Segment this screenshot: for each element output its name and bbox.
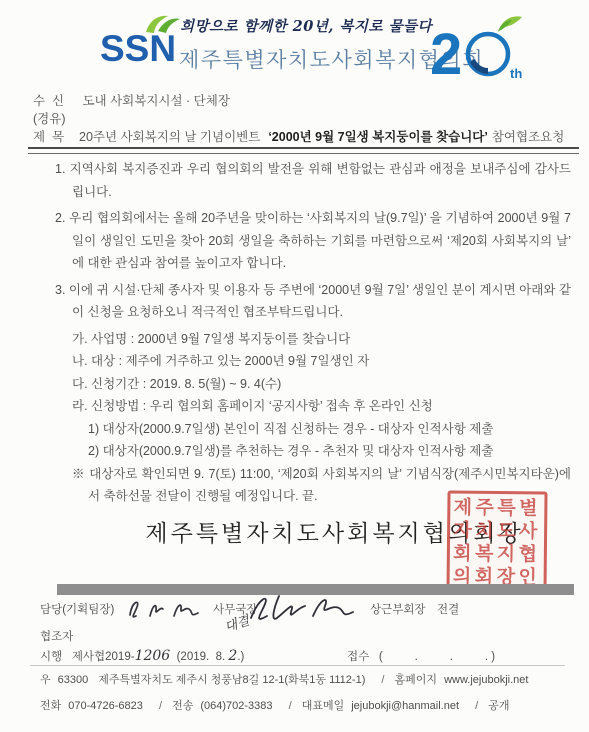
email-value: jejubokji@hanmail.net — [351, 700, 459, 712]
body-paragraph-2: 2. 우리 협의회에서는 올해 20주년을 맞이하는 ‘사회복지의 날(9.7일… — [55, 207, 571, 275]
body-subitem-da: 다. 신청기간 : 2019. 8. 5(월) ~ 9. 4(수) — [55, 373, 571, 396]
contact-row: 전화070-4726-6823 / 전송(064)702-3383 / 대표메일… — [40, 697, 516, 713]
separator-slash: / — [381, 674, 384, 686]
separator-slash: / — [475, 700, 478, 712]
homepage-label: 홈페이지 — [395, 674, 438, 686]
exec-label: 시행 — [40, 651, 62, 663]
seal-characters: 제주특별자치도사회복지협의회장인 — [451, 496, 544, 589]
subject-emphasis: ‘2000년 9월 7일생 복지둥이를 찾습니다’ — [268, 130, 488, 144]
anniversary-20th-logo: 2 th — [428, 12, 528, 90]
body-paragraph-1: 1. 지역사회 복지증진과 우리 협의회의 발전을 위해 변함없는 관심과 애정… — [55, 158, 571, 203]
phone-value: 070-4726-6823 — [68, 700, 143, 712]
execution-row: 시행 제사협2019-1206 (2019. 8. 2.) — [40, 648, 244, 664]
doc-date-suffix: .) — [237, 651, 244, 663]
manager-signature — [120, 593, 208, 627]
postal-code: 63300 — [58, 674, 89, 686]
postal-label: 우 — [40, 674, 51, 686]
body-subitem-ga: 가. 사업명 : 2000년 9월 7일생 복지둥이를 찾습니다 — [55, 328, 571, 351]
recipient-value: 도내 사회복지시설 · 단체장 — [82, 94, 229, 108]
disclosure-label: 공개 — [488, 700, 509, 712]
body-paragraph-3: 3. 이에 귀 시설·단체 종사자 및 이용자 등 주변에 ‘2000년 9월 … — [55, 279, 571, 324]
fax-label: 전송 — [172, 700, 193, 712]
subject-row: 제 목20주년 사회복지의 날 기념이벤트‘2000년 9월 7일생 복지둥이를… — [33, 129, 578, 146]
recipient-label: 수 신 — [33, 93, 69, 110]
receipt-blank: ( . . . ) — [379, 651, 495, 663]
separator-slash: / — [289, 700, 292, 712]
body-subitem-2: 2) 대상자(2000.9.7일생)를 추천하는 경우 - 추천자 및 대상자 … — [55, 440, 571, 463]
doc-date-handwritten: 2 — [228, 648, 237, 664]
body-subitem-1: 1) 대상자(2000.9.7일생) 본인이 직접 신청하는 경우 - 대상자 … — [55, 418, 571, 441]
scanned-official-document: SSN 희망으로 함께한 20년, 복지로 물들다 제주특별자치도사회복지협의회… — [0, 0, 589, 732]
address-row: 우63300 제주특별자치도 제주시 청풍남8길 12-1(화북1동 1112-… — [40, 671, 535, 687]
subject-divider-rule — [28, 147, 579, 154]
anniversary-slogan: 희망으로 함께한 20년, 복지로 물들다 — [180, 15, 450, 36]
subject-suffix: 참여협조요청 — [492, 130, 564, 144]
svg-text:2: 2 — [430, 22, 462, 87]
subject-label: 제 목 — [33, 129, 69, 146]
recipient-row: 수 신 도내 사회복지시설 · 단체장 — [33, 93, 578, 110]
document-meta: 수 신 도내 사회복지시설 · 단체장 (경유) 제 목20주년 사회복지의 날… — [33, 93, 578, 147]
doc-number-prefix: 제사협2019- — [72, 651, 135, 663]
receipt-row: 접수 ( . . . ) — [347, 648, 495, 664]
official-seal-stamp: 제주특별자치도사회복지협의회장인 — [446, 490, 547, 594]
separator-slash: / — [159, 700, 162, 712]
fax-value: (064)702-3383 — [200, 700, 272, 712]
body-subitem-na: 나. 대상 : 제주에 거주하고 있는 2000년 9월 7일생인 자 — [55, 350, 571, 373]
footer-thin-rule — [30, 665, 565, 666]
homepage-value: www.jejubokji.net — [444, 674, 528, 686]
cooperator-label: 협조자 — [40, 631, 73, 643]
secretary-signature — [243, 588, 367, 634]
subject-prefix: 20주년 사회복지의 날 기념이벤트 — [79, 130, 260, 144]
via-row: (경유) — [33, 111, 578, 128]
receipt-label: 접수 — [347, 651, 369, 663]
phone-label: 전화 — [40, 700, 61, 712]
cooperator-row: 협조자 — [40, 628, 73, 644]
doc-date-prefix: (2019. 8. — [177, 651, 226, 663]
email-label: 대표메일 — [302, 700, 345, 712]
doc-number-handwritten: 1206 — [135, 648, 171, 664]
ssn-logo: SSN — [100, 30, 176, 67]
vice-chair-label: 상근부회장 — [370, 601, 426, 617]
address-value: 제주특별자치도 제주시 청풍남8길 12-1(화북1동 1112-1) — [98, 674, 365, 686]
body-subitem-ra: 라. 신청방법 : 우리 협의회 홈페이지 ‘공지사항’ 접속 후 온라인 신청 — [55, 395, 571, 418]
staff-row: 담당(기획팀장) — [40, 601, 114, 617]
leaf-icon — [142, 12, 182, 34]
manager-label: 담당(기획팀장) — [40, 604, 114, 616]
final-decision-label: 전결 — [437, 601, 459, 617]
document-body: 1. 지역사회 복지증진과 우리 협의회의 발전을 위해 변함없는 관심과 애정… — [0, 158, 589, 508]
via-label: (경유) — [33, 112, 65, 126]
document-header: SSN 희망으로 함께한 20년, 복지로 물들다 제주특별자치도사회복지협의회… — [0, 0, 589, 92]
svg-text:th: th — [510, 66, 522, 81]
